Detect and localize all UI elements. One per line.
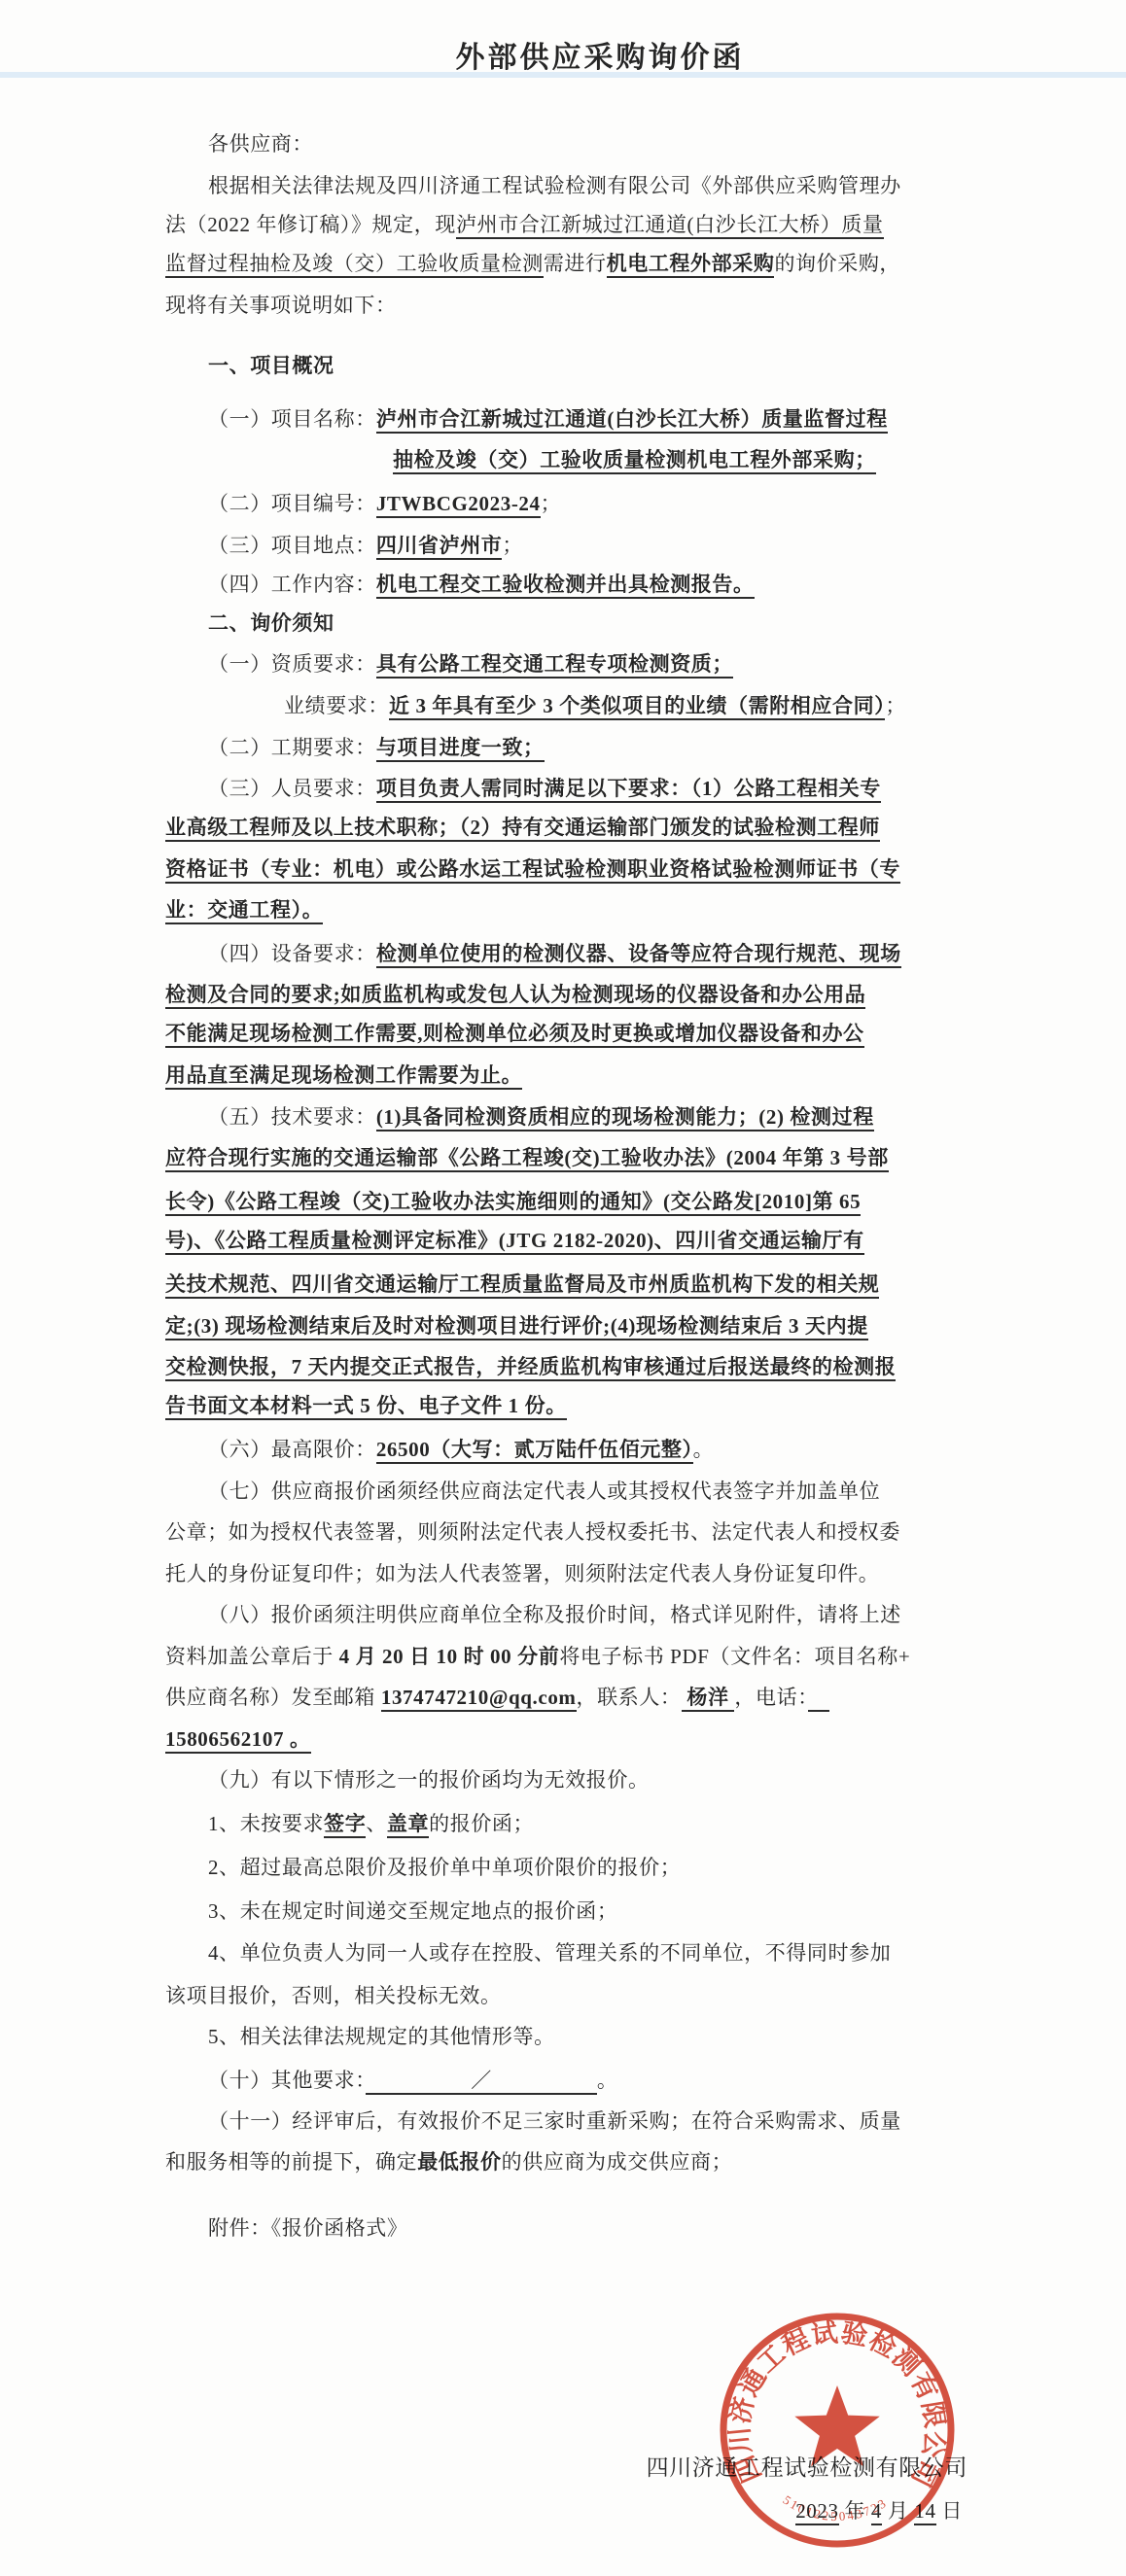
- doc-line: 2023 年 4 月 14 日: [795, 2499, 963, 2523]
- doc-line: 长令)《公路工程竣（交)工验收办法实施细则的通知》(交公路发[2010]第 65: [165, 1190, 861, 1213]
- doc-text-segment: 5、相关法律法规规定的其他情形等。: [208, 2025, 555, 2048]
- doc-text-segment: （八）报价函须注明供应商单位全称及报价时间，格式详见附件，请将上述: [208, 1603, 901, 1626]
- doc-title: 外部供应采购询价函: [37, 33, 1126, 76]
- doc-text-segment: 根据相关法律法规及四川济通工程试验检测有限公司《外部供应采购管理办: [208, 174, 901, 197]
- doc-text-segment: 该项目报价，否则，相关投标无效。: [165, 1984, 502, 2007]
- doc-line: 4、单位负责人为同一人或存在控股、管理关系的不同单位，不得同时参加: [208, 1941, 891, 1965]
- doc-line: 号)、《公路工程质量检测评定标准》(JTG 2182-2020)、四川省交通运输…: [165, 1229, 864, 1252]
- doc-text-segment: 检测单位使用的检测仪器、设备等应符合现行规范、现场: [376, 942, 901, 968]
- doc-line: 托人的身份证复印件；如为法人代表签署，则须附法定代表人身份证复印件。: [165, 1562, 879, 1585]
- doc-text-segment: 二、询价须知: [208, 611, 334, 635]
- doc-text-segment: [808, 1686, 829, 1712]
- doc-text-segment: 的询价采购，: [774, 252, 900, 275]
- doc-line: 和服务相等的前提下，确定最低报价的供应商为成交供应商；: [165, 2150, 732, 2174]
- doc-text-segment: 监督过程抽检及竣（交）工验收质量检测: [165, 252, 544, 278]
- doc-line: （八）报价函须注明供应商单位全称及报价时间，格式详见附件，请将上述: [208, 1603, 901, 1626]
- doc-text-segment: (1)具备同检测资质相应的现场检测能力；(2) 检测过程: [376, 1105, 874, 1131]
- doc-line: 定;(3) 现场检测结束后及时对检测项目进行评价;(4)现场检测结束后 3 天内…: [165, 1314, 868, 1338]
- doc-text-segment: 用品直至满足现场检测工作需要为止。: [165, 1063, 522, 1090]
- doc-text-segment: 3、未在规定时间递交至规定地点的报价函；: [208, 1899, 618, 1923]
- doc-text-segment: ；: [502, 534, 523, 557]
- doc-text-segment: （四）工作内容：: [208, 573, 376, 596]
- doc-text-segment: 年: [839, 2499, 871, 2523]
- doc-text-segment: ，联系人：: [577, 1686, 682, 1709]
- doc-text-segment: 4、单位负责人为同一人或存在控股、管理关系的不同单位，不得同时参加: [208, 1941, 891, 1965]
- doc-text-segment: （二）项目编号：: [208, 492, 376, 515]
- doc-line: （七）供应商报价函须经供应商法定代表人或其授权代表签字并加盖单位: [208, 1479, 880, 1503]
- doc-text-segment: 业高级工程师及以上技术职称；（2）持有交通运输部门颁发的试验检测工程师: [165, 816, 880, 842]
- doc-line: 附件：《报价函格式》: [208, 2216, 408, 2240]
- doc-line: （九）有以下情形之一的报价函均为无效报价。: [208, 1768, 650, 1792]
- doc-text-segment: 机电工程外部采购: [607, 252, 775, 278]
- doc-text-segment: 定;(3) 现场检测结束后及时对检测项目进行评价;(4)现场检测结束后 3 天内…: [165, 1314, 868, 1340]
- doc-text-segment: 四川省泸州市: [376, 534, 503, 560]
- doc-text-segment: （六）最高限价：: [208, 1438, 376, 1461]
- doc-line: 5、相关法律法规规定的其他情形等。: [208, 2025, 555, 2048]
- doc-text-segment: （四）设备要求：: [208, 942, 376, 965]
- doc-text-segment: 、: [366, 1812, 387, 1835]
- doc-line: 交检测快报，7 天内提交正式报告，并经质监机构审核通过后报送最终的检测报: [165, 1355, 896, 1378]
- doc-text-segment: 杨洋: [682, 1686, 735, 1712]
- doc-text-segment: 法（2022 年修订稿）》规定，现: [165, 213, 456, 236]
- seal-star-icon: [794, 2385, 880, 2466]
- doc-text-segment: 。: [693, 1438, 715, 1461]
- doc-line: （一）项目名称：泸州市合江新城过江通道(白沙长江大桥）质量监督过程: [208, 407, 888, 431]
- doc-text-segment: （三）人员要求：: [208, 777, 376, 800]
- doc-text-segment: 4 月 20 日 10 时 00 分前: [339, 1645, 560, 1668]
- doc-text-segment: 将电子标书 PDF（文件名：项目名称+: [559, 1645, 910, 1668]
- doc-text-segment: （十一）经评审后，有效报价不足三家时重新采购；在符合采购需求、质量: [208, 2109, 901, 2133]
- doc-text-segment: ；: [885, 694, 906, 717]
- doc-text-segment: 泸州市合江新城过江通道(白沙长江大桥）质量监督过程: [376, 407, 888, 434]
- doc-line: （四）工作内容：机电工程交工验收检测并出具检测报告。: [208, 573, 755, 596]
- doc-line: 监督过程抽检及竣（交）工验收质量检测需进行机电工程外部采购的询价采购，: [165, 252, 900, 275]
- doc-text-segment: （九）有以下情形之一的报价函均为无效报价。: [208, 1768, 650, 1792]
- doc-text-segment: 应符合现行实施的交通运输部《公路工程竣(交)工验收办法》(2004 年第 3 号…: [165, 1146, 889, 1172]
- doc-text-segment: 检测及合同的要求;如质监机构或发包人认为检测现场的仪器设备和办公用品: [165, 983, 865, 1009]
- doc-line: 15806562107 。: [165, 1727, 311, 1751]
- doc-line: 一、项目概况: [208, 354, 334, 377]
- doc-text-segment: ／: [366, 2069, 597, 2095]
- doc-text-segment: 1374747210@qq.com: [381, 1686, 577, 1712]
- doc-text-segment: 和服务相等的前提下，确定: [165, 2150, 417, 2174]
- doc-line: （二）项目编号：JTWBCG2023-24；: [208, 492, 561, 515]
- doc-line: 公章；如为授权代表签署，则须附法定代表人授权委托书、法定代表人和授权委: [165, 1520, 900, 1544]
- doc-text-segment: 号)、《公路工程质量检测评定标准》(JTG 2182-2020)、四川省交通运输…: [165, 1229, 864, 1255]
- doc-text-segment: 4: [871, 2499, 882, 2525]
- doc-text-segment: 的供应商为成交供应商；: [502, 2150, 733, 2174]
- doc-line: （二）工期要求：与项目进度一致；: [208, 736, 545, 759]
- doc-line: 法（2022 年修订稿）》规定，现泸州市合江新城过江通道(白沙长江大桥）质量: [165, 213, 884, 236]
- doc-text-segment: 15806562107 。: [165, 1727, 311, 1754]
- doc-line: 业：交通工程）。: [165, 898, 323, 922]
- doc-line: 业高级工程师及以上技术职称；（2）持有交通运输部门颁发的试验检测工程师: [165, 816, 880, 839]
- doc-line: 3、未在规定时间递交至规定地点的报价函；: [208, 1899, 618, 1923]
- doc-text-segment: 附件：《报价函格式》: [208, 2216, 408, 2240]
- doc-text-segment: 签字: [324, 1812, 366, 1838]
- doc-text-segment: 泸州市合江新城过江通道(白沙长江大桥）质量: [456, 213, 884, 239]
- doc-line: 该项目报价，否则，相关投标无效。: [165, 1984, 502, 2007]
- doc-text-segment: 盖章: [387, 1812, 429, 1838]
- doc-text-segment: （五）技术要求：: [208, 1105, 376, 1129]
- doc-text-segment: 告书面文本材料一式 5 份、电子文件 1 份。: [165, 1394, 567, 1420]
- doc-line: 资料加盖公章后于 4 月 20 日 10 时 00 分前将电子标书 PDF（文件…: [165, 1645, 910, 1668]
- doc-text-segment: 公章；如为授权代表签署，则须附法定代表人授权委托书、法定代表人和授权委: [165, 1520, 900, 1544]
- doc-text-segment: 业绩要求：: [284, 694, 389, 717]
- doc-line: （一）资质要求：具有公路工程交通工程专项检测资质；: [208, 652, 733, 676]
- doc-text-segment: 最低报价: [417, 2150, 501, 2174]
- doc-line: （五）技术要求：(1)具备同检测资质相应的现场检测能力；(2) 检测过程: [208, 1105, 874, 1129]
- doc-text-segment: 项目负责人需同时满足以下要求：（1）公路工程相关专: [376, 777, 881, 803]
- doc-text-segment: 月: [882, 2499, 914, 2523]
- doc-text-segment: 2023: [795, 2499, 838, 2525]
- doc-line: 二、询价须知: [208, 611, 334, 635]
- doc-text-segment: 。: [597, 2069, 618, 2092]
- doc-text-segment: 与项目进度一致；: [376, 736, 545, 762]
- doc-line: 四川济通工程试验检测有限公司: [647, 2456, 968, 2480]
- doc-text-segment: （三）项目地点：: [208, 534, 376, 557]
- doc-text-segment: 2、超过最高总限价及报价单中单项价限价的报价；: [208, 1856, 681, 1879]
- doc-line: 关技术规范、四川省交通运输厅工程质量监督局及市州质监机构下发的相关规: [165, 1272, 879, 1296]
- doc-line: 2、超过最高总限价及报价单中单项价限价的报价；: [208, 1856, 681, 1879]
- doc-line: 资格证书（专业：机电）或公路水运工程试验检测职业资格试验检测师证书（专: [165, 857, 900, 881]
- doc-text-segment: 机电工程交工验收检测并出具检测报告。: [376, 573, 755, 599]
- doc-text-segment: 供应商名称）发至邮箱: [165, 1686, 381, 1709]
- doc-text-segment: 资料加盖公章后于: [165, 1645, 339, 1668]
- doc-text-segment: （二）工期要求：: [208, 736, 376, 759]
- doc-line: 业绩要求：近 3 年具有至少 3 个类似项目的业绩（需附相应合同）；: [284, 694, 906, 717]
- doc-text-segment: （七）供应商报价函须经供应商法定代表人或其授权代表签字并加盖单位: [208, 1479, 880, 1503]
- doc-line: 用品直至满足现场检测工作需要为止。: [165, 1063, 522, 1087]
- doc-text-segment: （一）项目名称：: [208, 407, 376, 431]
- doc-text-segment: （十）其他要求：: [208, 2069, 366, 2092]
- doc-text-segment: 日: [936, 2499, 963, 2523]
- doc-text-segment: 四川济通工程试验检测有限公司: [647, 2455, 968, 2480]
- doc-line: 1、未按要求签字、盖章的报价函；: [208, 1812, 534, 1835]
- doc-line: 告书面文本材料一式 5 份、电子文件 1 份。: [165, 1394, 567, 1417]
- doc-line: 供应商名称）发至邮箱 1374747210@qq.com，联系人： 杨洋 ，电话…: [165, 1686, 829, 1709]
- doc-line: 应符合现行实施的交通运输部《公路工程竣(交)工验收办法》(2004 年第 3 号…: [165, 1146, 889, 1169]
- doc-text-segment: 各供应商：: [208, 132, 313, 156]
- doc-text-segment: 业：交通工程）。: [165, 898, 323, 924]
- doc-text-segment: 资格证书（专业：机电）或公路水运工程试验检测职业资格试验检测师证书（专: [165, 857, 900, 884]
- doc-text-segment: 近 3 年具有至少 3 个类似项目的业绩（需附相应合同）: [389, 694, 885, 720]
- doc-text-segment: ；: [541, 492, 562, 515]
- doc-line: （四）设备要求：检测单位使用的检测仪器、设备等应符合现行规范、现场: [208, 942, 901, 965]
- doc-line: （六）最高限价：26500（大写：贰万陆仟伍佰元整）。: [208, 1438, 714, 1461]
- doc-line: （十）其他要求： ／ 。: [208, 2069, 618, 2092]
- doc-text-segment: ，电话：: [734, 1686, 808, 1709]
- doc-line: 不能满足现场检测工作需要,则检测单位必须及时更换或增加仪器设备和办公: [165, 1022, 864, 1045]
- doc-text-segment: 抽检及竣（交）工验收质量检测机电工程外部采购；: [393, 448, 876, 474]
- doc-line: 现将有关事项说明如下：: [165, 294, 397, 317]
- doc-text-segment: 现将有关事项说明如下：: [165, 294, 397, 317]
- doc-text-segment: JTWBCG2023-24: [376, 492, 541, 518]
- doc-line: 检测及合同的要求;如质监机构或发包人认为检测现场的仪器设备和办公用品: [165, 983, 865, 1006]
- doc-line: 根据相关法律法规及四川济通工程试验检测有限公司《外部供应采购管理办: [208, 174, 901, 197]
- doc-text-segment: 托人的身份证复印件；如为法人代表签署，则须附法定代表人身份证复印件。: [165, 1562, 879, 1585]
- doc-text-segment: 一、项目概况: [208, 354, 334, 377]
- doc-line: （三）项目地点：四川省泸州市；: [208, 534, 523, 557]
- doc-text-segment: 需进行: [544, 252, 607, 275]
- doc-line: 抽检及竣（交）工验收质量检测机电工程外部采购；: [393, 448, 876, 471]
- doc-text-segment: 具有公路工程交通工程专项检测资质；: [376, 652, 733, 679]
- doc-text-segment: 的报价函；: [429, 1812, 534, 1835]
- doc-text-segment: 不能满足现场检测工作需要,则检测单位必须及时更换或增加仪器设备和办公: [165, 1022, 864, 1048]
- doc-text-segment: 26500（大写：贰万陆仟伍佰元整）: [376, 1438, 693, 1464]
- doc-text-segment: 14: [914, 2499, 935, 2525]
- doc-line: （三）人员要求：项目负责人需同时满足以下要求：（1）公路工程相关专: [208, 777, 881, 800]
- doc-line: 各供应商：: [208, 132, 313, 156]
- doc-line: （十一）经评审后，有效报价不足三家时重新采购；在符合采购需求、质量: [208, 2109, 901, 2133]
- doc-text-segment: （一）资质要求：: [208, 652, 376, 676]
- document-page: 外部供应采购询价函 各供应商：根据相关法律法规及四川济通工程试验检测有限公司《外…: [0, 0, 1126, 2576]
- doc-text-segment: 关技术规范、四川省交通运输厅工程质量监督局及市州质监机构下发的相关规: [165, 1272, 879, 1299]
- doc-text-segment: 交检测快报，7 天内提交正式报告，并经质监机构审核通过后报送最终的检测报: [165, 1355, 896, 1381]
- doc-text-segment: 长令)《公路工程竣（交)工验收办法实施细则的通知》(交公路发[2010]第 65: [165, 1190, 861, 1216]
- doc-text-segment: 1、未按要求: [208, 1812, 324, 1835]
